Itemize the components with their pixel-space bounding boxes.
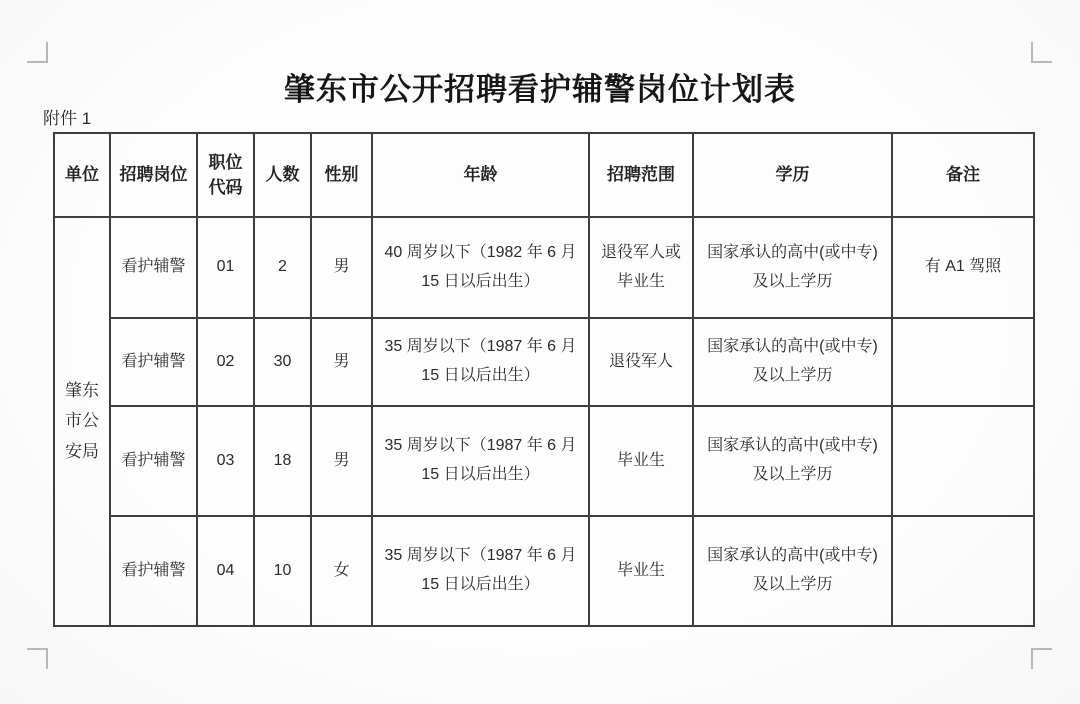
cell-count: 18 bbox=[254, 406, 311, 516]
cell-age: 35 周岁以下（1987 年 6 月 15 日以后出生） bbox=[372, 318, 589, 406]
cell-count: 10 bbox=[254, 516, 311, 626]
header-position: 招聘岗位 bbox=[110, 133, 197, 217]
table-row: 看护辅警 04 10 女 35 周岁以下（1987 年 6 月 15 日以后出生… bbox=[54, 516, 1034, 626]
crop-mark-bottom-left bbox=[27, 648, 48, 669]
header-unit: 单位 bbox=[54, 133, 110, 217]
cell-gender: 男 bbox=[311, 217, 372, 318]
page-title: 肇东市公开招聘看护辅警岗位计划表 bbox=[0, 64, 1080, 109]
cell-code: 03 bbox=[197, 406, 254, 516]
cell-scope: 毕业生 bbox=[589, 406, 693, 516]
cell-age: 35 周岁以下（1987 年 6 月 15 日以后出生） bbox=[372, 406, 589, 516]
cell-count: 30 bbox=[254, 318, 311, 406]
header-remark: 备注 bbox=[892, 133, 1034, 217]
cell-scope: 毕业生 bbox=[589, 516, 693, 626]
cell-gender: 男 bbox=[311, 318, 372, 406]
unit-name: 肇东市公安局 bbox=[63, 376, 101, 468]
cell-remark bbox=[892, 406, 1034, 516]
cell-education: 国家承认的高中(或中专)及以上学历 bbox=[693, 406, 892, 516]
header-age: 年龄 bbox=[372, 133, 589, 217]
table-row: 肇东市公安局 看护辅警 01 2 男 40 周岁以下（1982 年 6 月 15… bbox=[54, 217, 1034, 318]
table-header-row: 单位 招聘岗位 职位代码 人数 性别 年龄 招聘范围 学历 备注 bbox=[54, 133, 1034, 217]
header-code-label: 职位代码 bbox=[206, 150, 245, 201]
cell-unit: 肇东市公安局 bbox=[54, 217, 110, 626]
cell-position: 看护辅警 bbox=[110, 406, 197, 516]
cell-position: 看护辅警 bbox=[110, 217, 197, 318]
cell-position: 看护辅警 bbox=[110, 318, 197, 406]
cell-scope: 退役军人 bbox=[589, 318, 693, 406]
header-education: 学历 bbox=[693, 133, 892, 217]
attachment-label: 附件 1 bbox=[43, 104, 91, 129]
recruitment-plan-table: 单位 招聘岗位 职位代码 人数 性别 年龄 招聘范围 学历 备注 肇东市公安局 … bbox=[53, 132, 1035, 627]
header-count: 人数 bbox=[254, 133, 311, 217]
cell-scope: 退役军人或毕业生 bbox=[589, 217, 693, 318]
cell-remark: 有 A1 驾照 bbox=[892, 217, 1034, 318]
document-page: 肇东市公开招聘看护辅警岗位计划表 附件 1 单位 招聘岗位 职位代码 人数 性别… bbox=[0, 0, 1080, 704]
crop-mark-top-left bbox=[27, 42, 48, 63]
header-code: 职位代码 bbox=[197, 133, 254, 217]
cell-education: 国家承认的高中(或中专)及以上学历 bbox=[693, 217, 892, 318]
cell-remark bbox=[892, 516, 1034, 626]
cell-remark bbox=[892, 318, 1034, 406]
table-row: 看护辅警 02 30 男 35 周岁以下（1987 年 6 月 15 日以后出生… bbox=[54, 318, 1034, 406]
header-gender: 性别 bbox=[311, 133, 372, 217]
cell-position: 看护辅警 bbox=[110, 516, 197, 626]
cell-code: 02 bbox=[197, 318, 254, 406]
cell-gender: 女 bbox=[311, 516, 372, 626]
cell-code: 01 bbox=[197, 217, 254, 318]
cell-age: 40 周岁以下（1982 年 6 月 15 日以后出生） bbox=[372, 217, 589, 318]
crop-mark-top-right bbox=[1031, 42, 1052, 63]
cell-code: 04 bbox=[197, 516, 254, 626]
crop-mark-bottom-right bbox=[1031, 648, 1052, 669]
cell-gender: 男 bbox=[311, 406, 372, 516]
cell-age: 35 周岁以下（1987 年 6 月 15 日以后出生） bbox=[372, 516, 589, 626]
cell-education: 国家承认的高中(或中专)及以上学历 bbox=[693, 318, 892, 406]
cell-count: 2 bbox=[254, 217, 311, 318]
table-row: 看护辅警 03 18 男 35 周岁以下（1987 年 6 月 15 日以后出生… bbox=[54, 406, 1034, 516]
header-scope: 招聘范围 bbox=[589, 133, 693, 217]
cell-education: 国家承认的高中(或中专)及以上学历 bbox=[693, 516, 892, 626]
